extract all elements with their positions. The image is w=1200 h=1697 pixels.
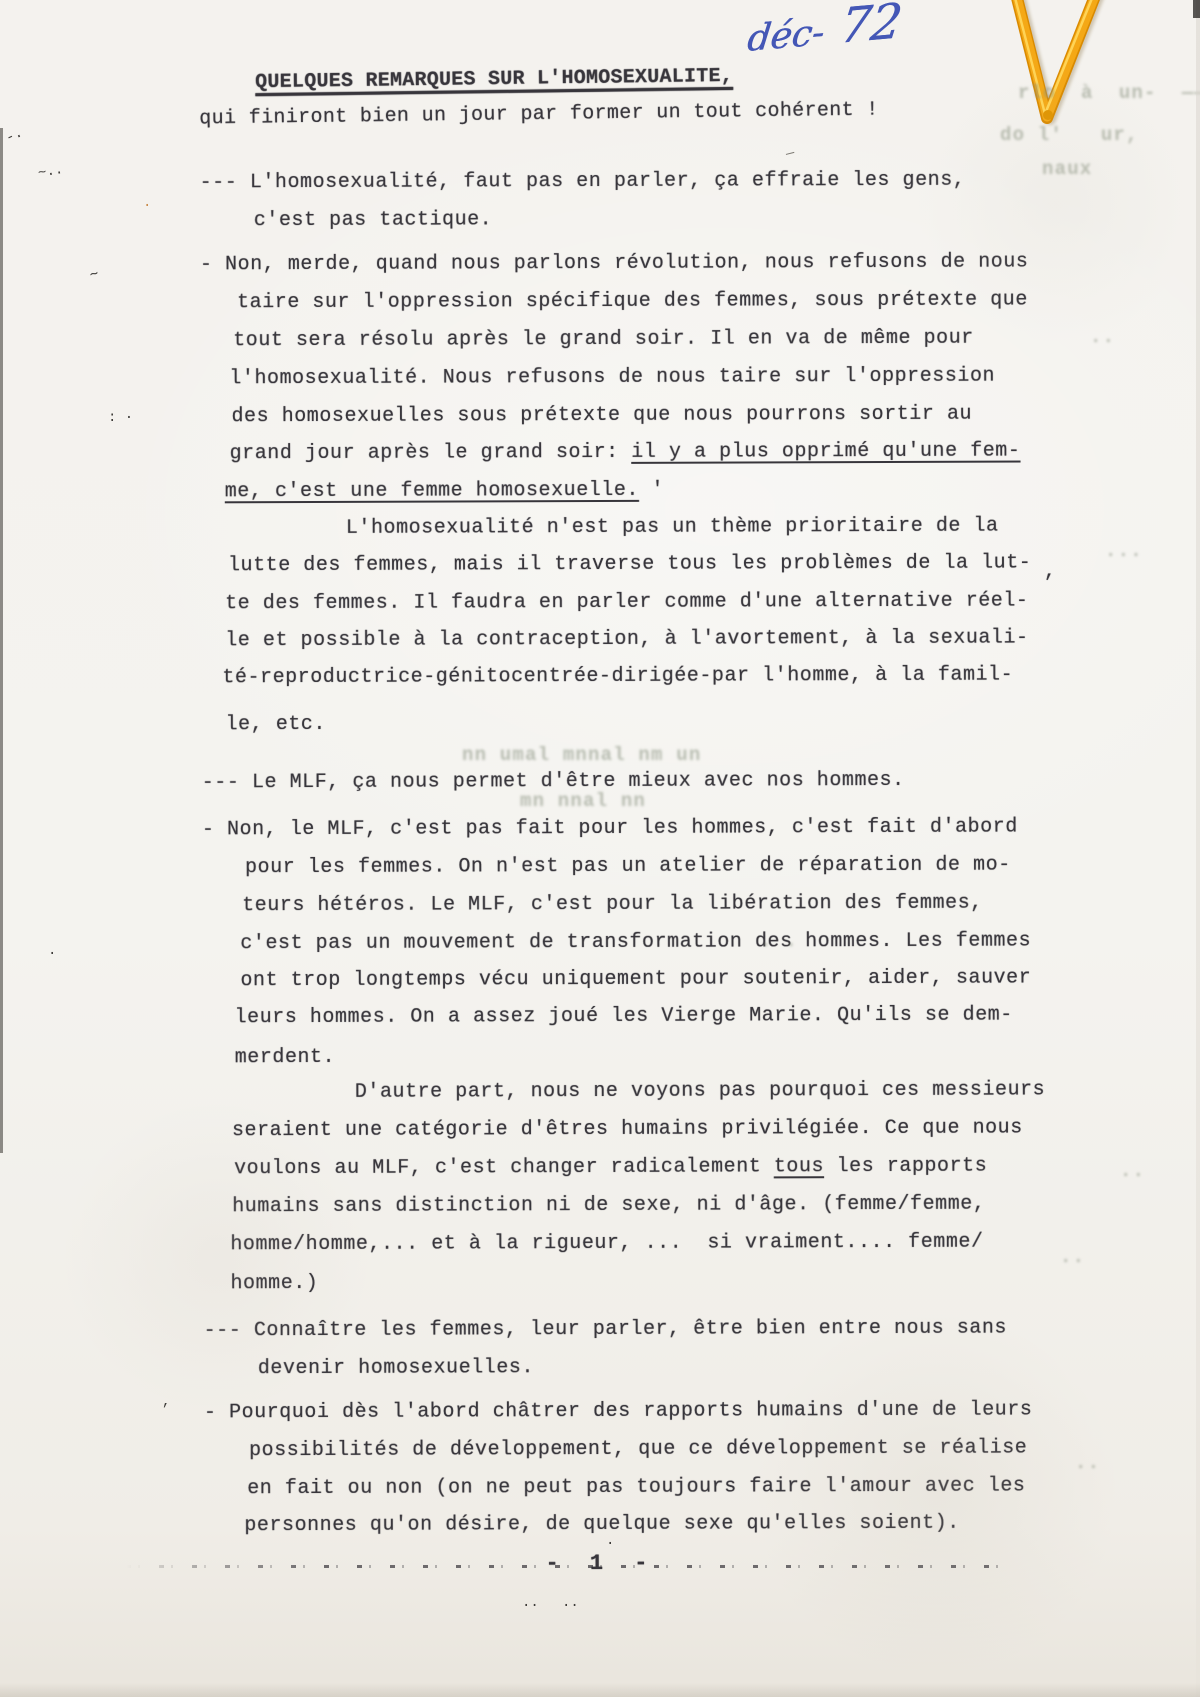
typed-line: - Pourquoi dès l'abord châtrer des rappo…: [204, 1398, 1033, 1424]
typed-line: personnes qu'on désire, de quelque sexe …: [244, 1512, 960, 1537]
typed-line: c'est pas un mouvement de transformation…: [240, 929, 1031, 955]
typed-line: des homosexuelles sous prétexte que nous…: [231, 403, 972, 429]
typed-line: tout sera résolu après le grand soir. Il…: [233, 327, 974, 353]
typed-line: ont trop longtemps vécu uniquement pour …: [240, 966, 1031, 992]
typed-line: homme.): [230, 1272, 318, 1295]
typed-line: c'est pas tactique.: [254, 208, 493, 232]
typed-line: seraient une catégorie d'êtres humains p…: [232, 1117, 1023, 1143]
typed-line: D'autre part, nous ne voyons pas pourquo…: [355, 1078, 1045, 1103]
typed-line: leurs hommes. On a assez joué les Vierge…: [235, 1004, 1013, 1030]
scan-corner-mark: [1193, 0, 1200, 18]
typed-line: teurs hétéros. Le MLF, c'est pour la lib…: [242, 892, 983, 918]
typed-line: grand jour après le grand soir: il y a p…: [230, 440, 1021, 466]
typed-lines: --- L'homosexualité, faut pas en parler,…: [0, 0, 1197, 2]
typed-line: possibilités de développement, que ce dé…: [249, 1437, 1027, 1463]
typed-line: pour les femmes. On n'est pas un atelier…: [245, 854, 1011, 880]
typed-line: le et possible à la contraception, à l'a…: [225, 627, 1028, 653]
typed-line: en fait ou non (on ne peut pas toujours …: [247, 1475, 1025, 1501]
typed-line: merdent.: [235, 1046, 336, 1069]
typed-line: le, etc.: [226, 713, 327, 736]
typed-line: --- L'homosexualité, faut pas en parler,…: [200, 169, 966, 195]
typed-line: - Non, merde, quand nous parlons révolut…: [200, 251, 1029, 277]
scan-edge-right: [1196, 0, 1200, 1697]
document-subtitle: qui finiront bien un jour par former un …: [199, 99, 879, 131]
typed-line: lutte des femmes, mais il traverse tous …: [228, 551, 1057, 577]
document-title: QUELQUES REMARQUES SUR L'HOMOSEXUALITE,: [255, 65, 733, 94]
scan-edge-left: [0, 128, 3, 1153]
separator-dotted-line: [126, 1565, 1014, 1568]
typed-line: --- Connaître les femmes, leur parler, ê…: [204, 1317, 1007, 1343]
typed-line: voulons au MLF, c'est changer radicaleme…: [234, 1155, 987, 1181]
typed-line: L'homosexualité n'est pas un thème prior…: [346, 515, 999, 540]
typed-line: --- Le MLF, ça nous permet d'être mieux …: [202, 769, 905, 794]
typed-line: devenir homosexuelles.: [258, 1356, 534, 1380]
typed-line: l'homosexualité. Nous refusons de nous t…: [229, 365, 995, 391]
document-body: QUELQUES REMARQUES SUR L'HOMOSEXUALITE, …: [0, 0, 1200, 1697]
typed-line: taire sur l'oppression spécifique des fe…: [237, 289, 1028, 315]
scan-bottom-shade: [0, 1683, 1200, 1697]
typed-line: me, c'est une femme homosexuelle. ': [225, 479, 664, 504]
typed-line: té-reproductrice-génitocentrée-dirigée-p…: [222, 664, 1013, 690]
page-number: - 1 -: [545, 1551, 656, 1576]
scanned-document-page: déc-72 QUELQUES REMARQUES SUR L'HOMOSEXU…: [0, 0, 1200, 1697]
typed-line: homme/homme,... et à la rigueur, ... si …: [230, 1231, 983, 1257]
typed-line: - Non, le MLF, c'est pas fait pour les h…: [202, 816, 1018, 842]
typed-line: te des femmes. Il faudra en parler comme…: [225, 590, 1028, 616]
typed-line: humains sans distinction ni de sexe, ni …: [232, 1193, 985, 1219]
